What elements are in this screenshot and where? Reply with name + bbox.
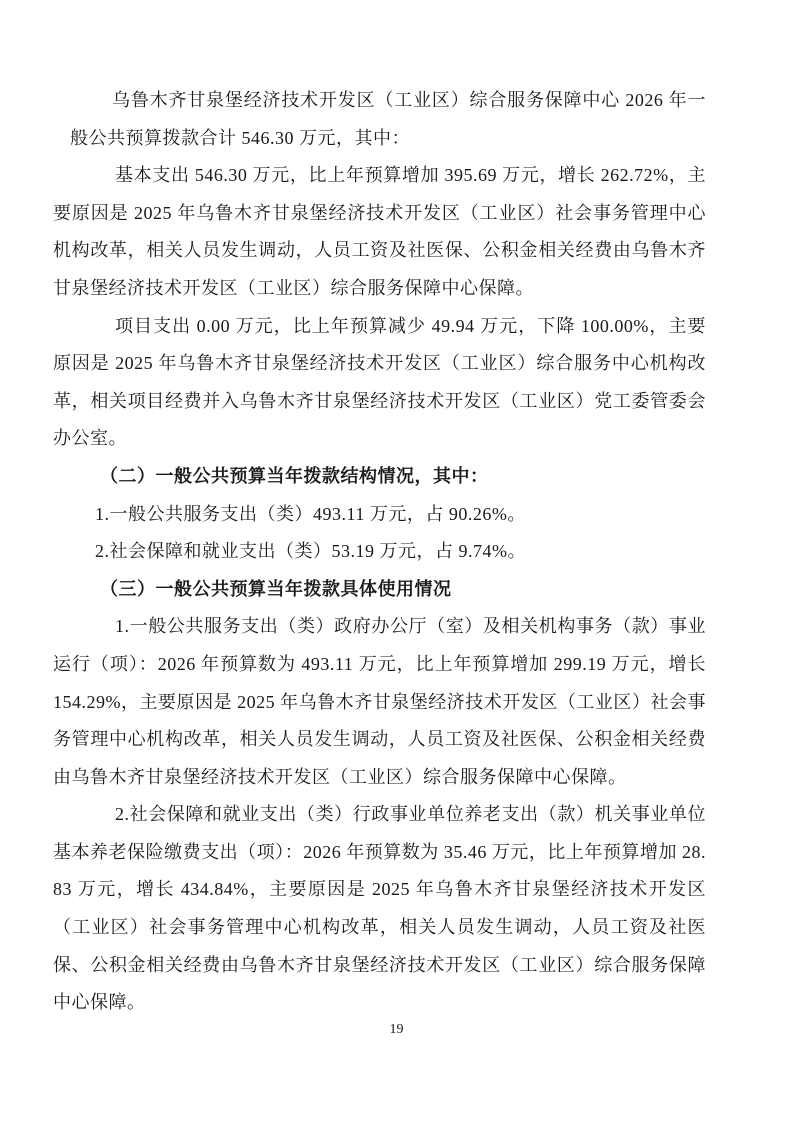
document-paragraph: 项目支出 0.00 万元，比上年预算减少 49.94 万元，下降 100.00%… (53, 308, 706, 458)
document-paragraph: 乌鲁木齐甘泉堡经济技术开发区（工业区）综合服务保障中心 2026 年一般公共预算… (70, 82, 706, 157)
document-page: 乌鲁木齐甘泉堡经济技术开发区（工业区）综合服务保障中心 2026 年一般公共预算… (0, 0, 793, 1122)
document-body: 乌鲁木齐甘泉堡经济技术开发区（工业区）综合服务保障中心 2026 年一般公共预算… (53, 82, 706, 1022)
list-item: 2.社会保障和就业支出（类）53.19 万元，占 9.74%。 (53, 533, 706, 571)
page-number: 19 (0, 1020, 793, 1040)
document-paragraph: 1.一般公共服务支出（类）政府办公厅（室）及相关机构事务（款）事业运行（项）：2… (53, 608, 706, 796)
document-paragraph: 基本支出 546.30 万元，比上年预算增加 395.69 万元，增长 262.… (53, 157, 706, 307)
document-paragraph: 2.社会保障和就业支出（类）行政事业单位养老支出（款）机关事业单位基本养老保险缴… (53, 796, 706, 1022)
list-item: 1.一般公共服务支出（类）493.11 万元，占 90.26%。 (53, 496, 706, 534)
section-heading: （三）一般公共预算当年拨款具体使用情况 (53, 571, 706, 609)
section-heading: （二）一般公共预算当年拨款结构情况，其中： (53, 458, 706, 496)
